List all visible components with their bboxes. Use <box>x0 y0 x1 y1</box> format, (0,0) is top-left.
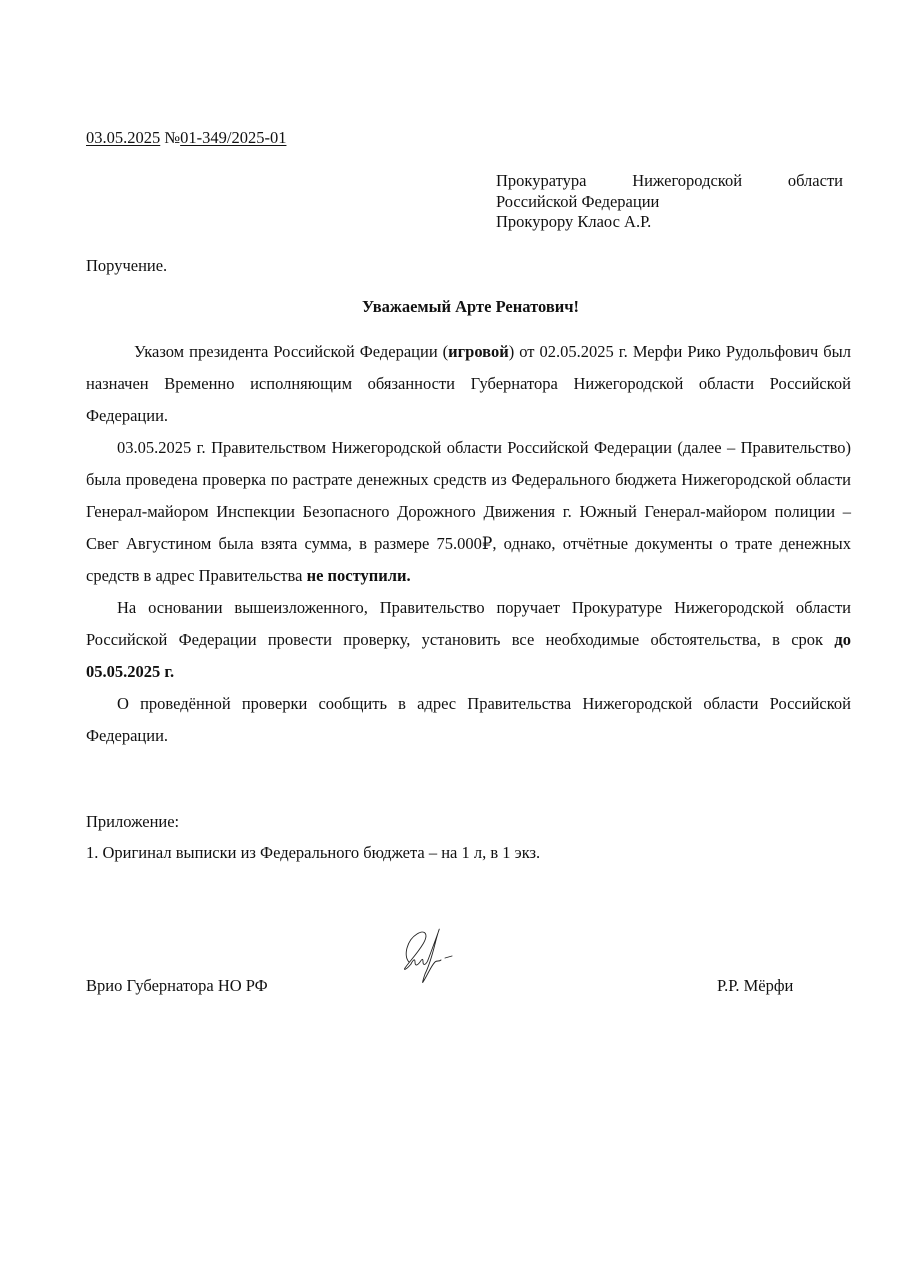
addressee-word: области <box>788 171 843 192</box>
document-body: Указом президента Российской Федерации (… <box>86 336 851 752</box>
addressee-block: Прокуратура Нижегородской области Россий… <box>496 171 843 233</box>
document-number-prefix: № <box>164 128 180 147</box>
paragraph-text: 03.05.2025 г. Правительством Нижегородск… <box>86 438 851 585</box>
emphasis-text: не поступили. <box>307 566 411 585</box>
signatory-name: Р.Р. Мёрфи <box>717 976 793 996</box>
attachment-item: 1. Оригинал выписки из Федерального бюдж… <box>86 843 540 863</box>
paragraph-1: Указом президента Российской Федерации (… <box>86 336 851 432</box>
emphasis-text: игровой <box>448 342 509 361</box>
document-reference: 03.05.2025 №01-349/2025-01 <box>86 128 286 148</box>
document-type: Поручение. <box>86 256 167 276</box>
addressee-word: Нижегородской <box>632 171 742 192</box>
paragraph-3: На основании вышеизложенного, Правительс… <box>86 592 851 688</box>
paragraph-text: Указом президента Российской Федерации ( <box>134 342 448 361</box>
addressee-word: Прокуратура <box>496 171 586 192</box>
addressee-line-1: Прокуратура Нижегородской области <box>496 171 843 192</box>
document-number: 01-349/2025-01 <box>180 128 286 147</box>
paragraph-4: О проведённой проверки сообщить в адрес … <box>86 688 851 752</box>
handwritten-signature-icon <box>395 922 470 992</box>
paragraph-text: О проведённой проверки сообщить в адрес … <box>86 694 851 745</box>
paragraph-text: На основании вышеизложенного, Правительс… <box>86 598 851 649</box>
signatory-title: Врио Губернатора НО РФ <box>86 976 268 996</box>
attachments-label: Приложение: <box>86 812 179 832</box>
document-date: 03.05.2025 <box>86 128 160 147</box>
addressee-line-3: Прокурору Клаос А.Р. <box>496 212 843 233</box>
addressee-line-2: Российской Федерации <box>496 192 843 213</box>
paragraph-2: 03.05.2025 г. Правительством Нижегородск… <box>86 432 851 592</box>
salutation: Уважаемый Арте Ренатович! <box>0 297 905 317</box>
